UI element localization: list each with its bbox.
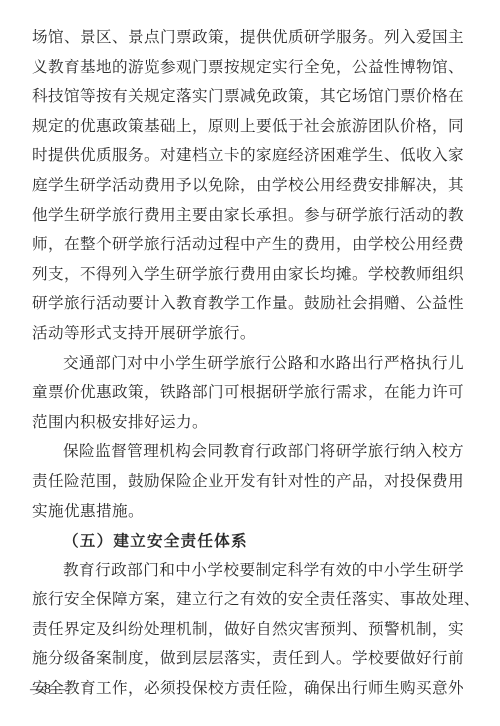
text-line: 义教育基地的游览参观门票按规定实行全免，公益性博物馆、: [32, 53, 464, 83]
text-line: 旅行安全保障方案，建立行之有效的安全责任落实、事故处理、: [32, 585, 464, 615]
text-line: 研学旅行活动要计入教育教学工作量。鼓励社会捐赠、公益性: [32, 289, 464, 319]
text-line: 责任界定及纠纷处理机制，做好自然灾害预判、预警机制，实: [32, 615, 464, 645]
text-line: 范围内积极安排好运力。: [32, 408, 464, 438]
text-line: 施分级备案制度，做到层层落实，责任到人。学校要做好行前: [32, 644, 464, 674]
paragraph-start: 交通部门对中小学生研学旅行公路和水路出行严格执行儿: [32, 349, 464, 379]
text-line: 师，在整个研学旅行活动过程中产生的费用，由学校公用经费: [32, 230, 464, 260]
text-line: 他学生研学旅行费用主要由家长承担。参与研学旅行活动的教: [32, 201, 464, 231]
text-line: 时提供优质服务。对建档立卡的家庭经济困难学生、低收入家: [32, 141, 464, 171]
text-line: 安全教育工作，必须投保校方责任险，确保出行师生购买意外: [32, 674, 464, 704]
text-line: 童票价优惠政策，铁路部门可根据研学旅行需求，在能力许可: [32, 378, 464, 408]
document-page: 场馆、景区、景点门票政策，提供优质研学服务。列入爱国主 义教育基地的游览参观门票…: [0, 0, 500, 726]
text-line: 规定的优惠政策基础上，原则上要低于社会旅游团队价格，同: [32, 112, 464, 142]
text-line: 场馆、景区、景点门票政策，提供优质研学服务。列入爱国主: [32, 23, 464, 53]
text-line: 庭学生研学活动费用予以免除，由学校公用经费安排解决，其: [32, 171, 464, 201]
page-number: —8—: [30, 680, 65, 700]
body-text: 场馆、景区、景点门票政策，提供优质研学服务。列入爱国主 义教育基地的游览参观门票…: [32, 23, 464, 704]
text-line: 责任险范围，鼓励保险企业开发有针对性的产品，对投保费用: [32, 467, 464, 497]
paragraph-start: 保险监督管理机构会同教育行政部门将研学旅行纳入校方: [32, 437, 464, 467]
text-line: 活动等形式支持开展研学旅行。: [32, 319, 464, 349]
paragraph-start: 教育行政部门和中小学校要制定科学有效的中小学生研学: [32, 556, 464, 586]
text-line: 科技馆等按有关规定落实门票减免政策，其它场馆门票价格在: [32, 82, 464, 112]
text-line: 实施优惠措施。: [32, 497, 464, 527]
section-heading: （五）建立安全责任体系: [32, 526, 464, 556]
text-line: 列支，不得列入学生研学旅行费用由家长均摊。学校教师组织: [32, 260, 464, 290]
